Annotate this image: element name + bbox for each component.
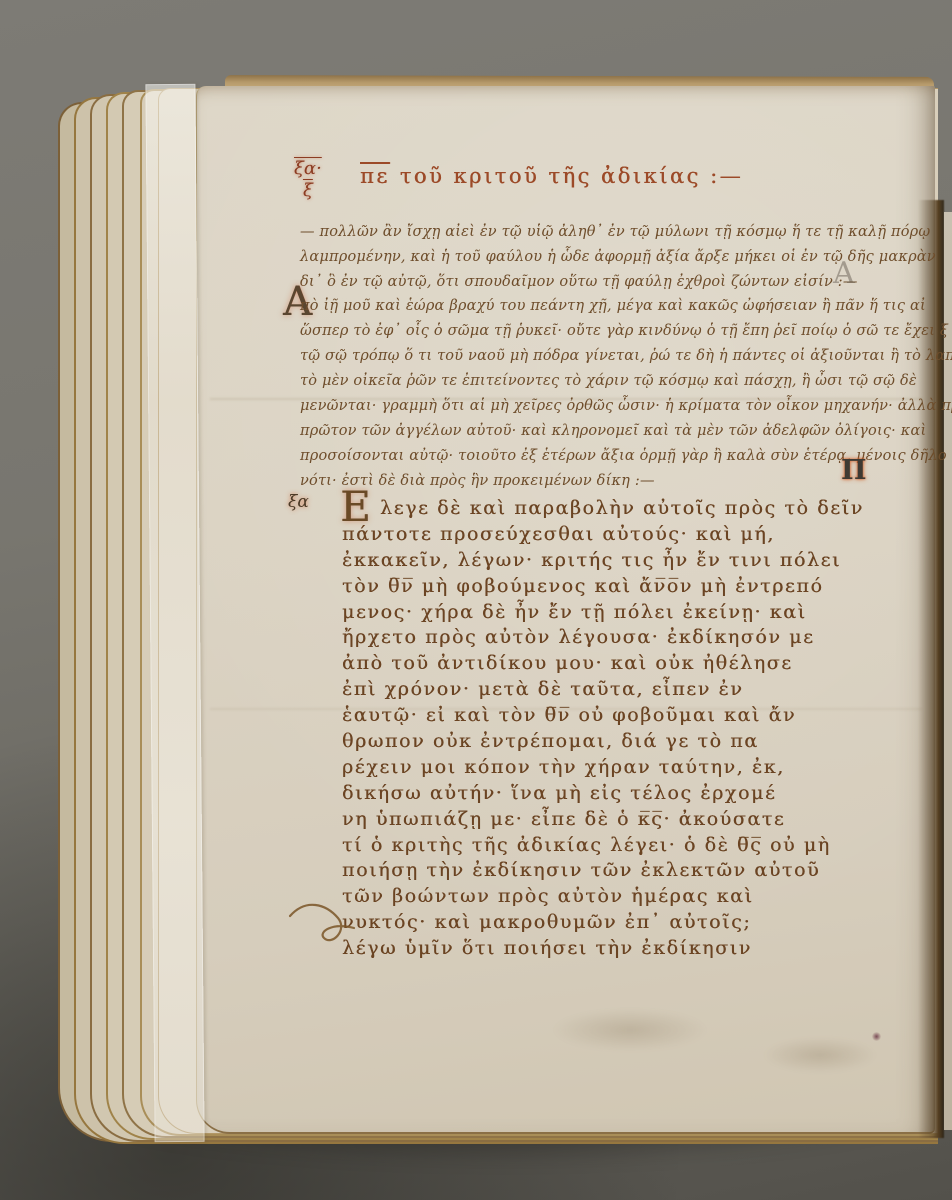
gospel-line: τί ὁ κριτὴς τῆς ἀδικίας λέγει· ὁ δὲ θ̅ς̅… — [342, 833, 864, 859]
gospel-line: μενος· χήρα δὲ ἦν ἔν τῇ πόλει ἐκείνῃ· κα… — [342, 600, 864, 626]
gospel-line: τὸν θ̅ν̅ μὴ φοβούμενος καὶ ἄν̅ο̅ν μὴ ἐντ… — [342, 574, 864, 600]
scholion-line: μενῶνται· γραμμὴ ὅτι αἱ μὴ χεῖρες ὀρθῶς … — [300, 394, 952, 419]
title-text: τοῦ κριτοῦ τῆς ἀδικίας :— — [400, 164, 743, 188]
title-abbreviation: πε — [360, 164, 390, 188]
gospel-line: νη ὑπωπιάζῃ με· εἶπε δὲ ὁ κ̅ς̅· ἀκούσατε — [342, 807, 864, 833]
chapter-number-bottom: ξ — [294, 180, 322, 202]
scholion-line: τῷ σῷ τρόπῳ ὅ τι τοῦ ναοῦ μὴ πόδρα γίνετ… — [300, 344, 952, 369]
manuscript-photo: ξα· ξ πετοῦ κριτοῦ τῆς ἀδικίας :— — πολλ… — [0, 0, 952, 1200]
margin-faded-letter: Α — [833, 256, 855, 291]
show-through-smudge — [520, 1000, 740, 1060]
chapter-number-tab: ξα· ξ — [294, 158, 322, 202]
gospel-line: νυκτός· καὶ μακροθυμῶν ἐπ᾽ αὐτοῖς; — [342, 910, 864, 936]
gospel-line: ρέχειν μοι κόπον τὴν χήραν ταύτην, ἐκ, — [342, 755, 864, 781]
pen-flourish — [288, 888, 378, 958]
gospel-line: ἑαυτῷ· εἰ καὶ τὸν θ̅ν̅ οὐ φοβοῦμαι καὶ ἄ… — [342, 703, 864, 729]
gospel-line: λέγω ὑμῖν ὅτι ποιήσει τὴν ἐκδίκησιν — [342, 936, 864, 962]
conservation-strip — [145, 84, 204, 1142]
margin-lection-mark: Π — [841, 455, 867, 486]
gospel-line: ἀπὸ τοῦ ἀντιδίκου μου· καὶ οὐκ ἠθέλησε — [342, 651, 864, 677]
scholion-line: πὸ ἰῇ μοῦ καὶ ἑώρα βραχύ του πεάντη χῇ, … — [300, 294, 952, 319]
gospel-line: ἤρχετο πρὸς αὐτὸν λέγουσα· ἐκδίκησόν με — [342, 625, 864, 651]
gospel-line: ἐπὶ χρόνον· μετὰ δὲ ταῦτα, εἶπεν ἐν — [342, 677, 864, 703]
gospel-line: θρωπον οὐκ ἐντρέπομαι, διά γε τὸ πα — [342, 729, 864, 755]
gospel-line: ποιήσῃ τὴν ἐκδίκησιν τῶν ἐκλεκτῶν αὐτοῦ — [342, 858, 864, 884]
ink-stain — [872, 1032, 881, 1041]
scholion-line: ὥσπερ τὸ ἐφ᾽ οἷς ὁ σῶμα τῇ ῥυκεῖ· οὔτε γ… — [300, 319, 952, 344]
chapter-number-margin: ξα — [288, 492, 309, 512]
gospel-line: πάντοτε προσεύχεσθαι αὐτούς· καὶ μή, — [342, 522, 864, 548]
gospel-text-block: λεγε δὲ καὶ παραβολὴν αὐτοῖς πρὸς τὸ δεῖ… — [342, 496, 864, 962]
chapter-number-top: ξα· — [294, 158, 322, 180]
gospel-line: λεγε δὲ καὶ παραβολὴν αὐτοῖς πρὸς τὸ δεῖ… — [380, 496, 864, 522]
gospel-line: δικήσω αὐτήν· ἵνα μὴ εἰς τέλος ἐρχομέ — [342, 781, 864, 807]
gospel-line: ἐκκακεῖν, λέγων· κριτής τις ἦν ἔν τινι π… — [342, 548, 864, 574]
scholion-line: τὸ μὲν οἰκεῖα ῥῶν τε ἐπιτείνοντες τὸ χάρ… — [300, 369, 952, 394]
gospel-line: τῶν βοώντων πρὸς αὐτὸν ἡμέρας καὶ — [342, 884, 864, 910]
rubric-title: πετοῦ κριτοῦ τῆς ἀδικίας :— — [360, 164, 743, 188]
scholion-line: πρῶτον τῶν ἀγγέλων αὐτοῦ· καὶ κληρονομεῖ… — [300, 419, 952, 444]
scholion-line: — πολλῶν ἂν ἴσχῃ αἰεὶ ἐν τῷ υἱῷ ἀληθ᾽ ἐν… — [300, 220, 936, 245]
